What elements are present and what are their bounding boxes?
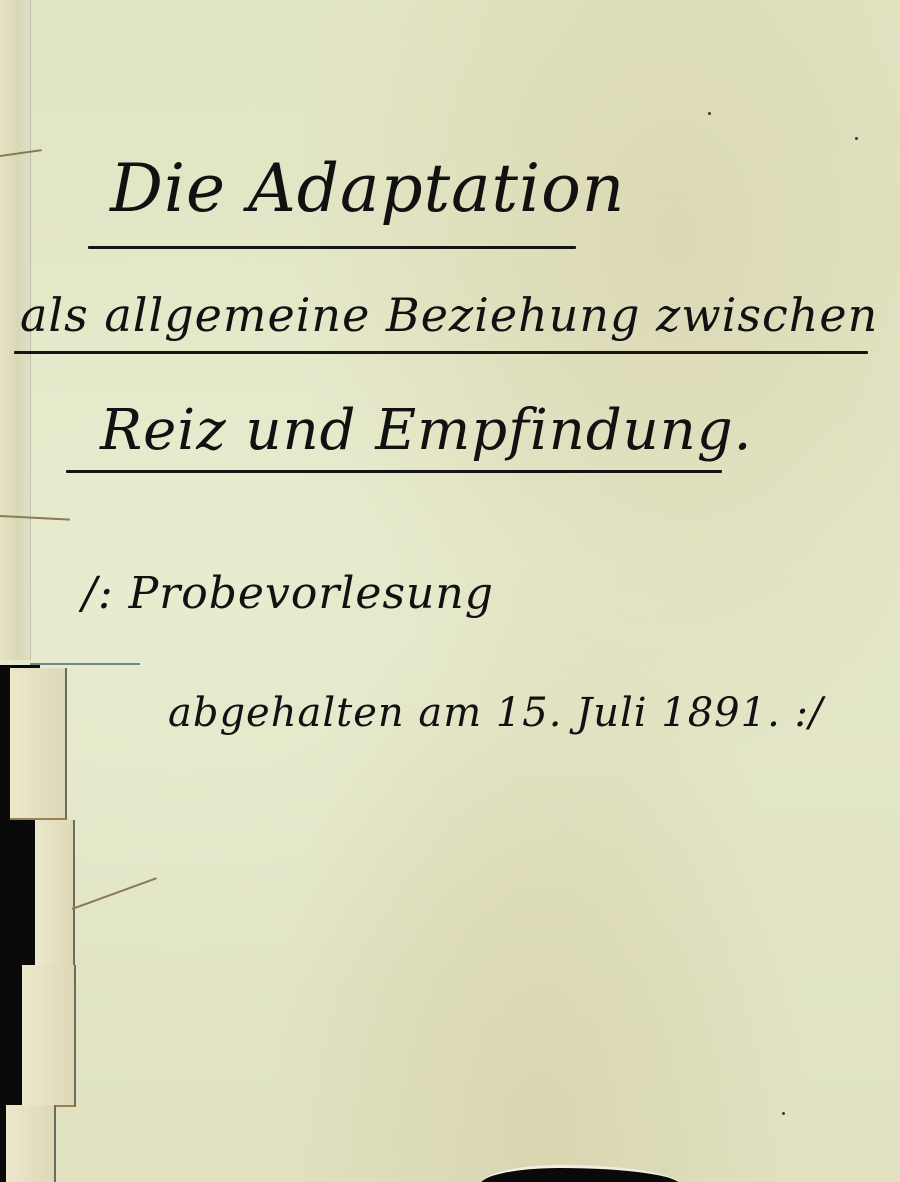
paper-speck	[708, 112, 711, 115]
torn-binding-fragment	[10, 668, 67, 820]
paper-speck	[855, 137, 858, 140]
torn-binding-fragment	[35, 820, 75, 967]
subtitle-line-1: /: Probevorlesung	[82, 568, 494, 619]
title-line-3: Reiz und Empfindung.	[100, 398, 752, 463]
title-underline-1	[88, 246, 576, 249]
subtitle-line-2: abgehalten am 15. Juli 1891. :/	[168, 690, 823, 736]
title-underline-3	[66, 470, 722, 473]
title-underline-2	[14, 351, 868, 354]
paper-crack	[30, 663, 140, 665]
paper-speck	[782, 1112, 785, 1115]
manuscript-page: Die Adaptation als allgemeine Beziehung …	[0, 0, 900, 1182]
paper-crack	[72, 877, 157, 910]
torn-binding-fragment	[22, 965, 76, 1107]
title-line-2: als allgemeine Beziehung zwischen	[20, 288, 878, 342]
title-line-1: Die Adaptation	[110, 150, 625, 227]
bottom-tear	[480, 1165, 680, 1182]
torn-binding-fragment	[6, 1105, 56, 1182]
